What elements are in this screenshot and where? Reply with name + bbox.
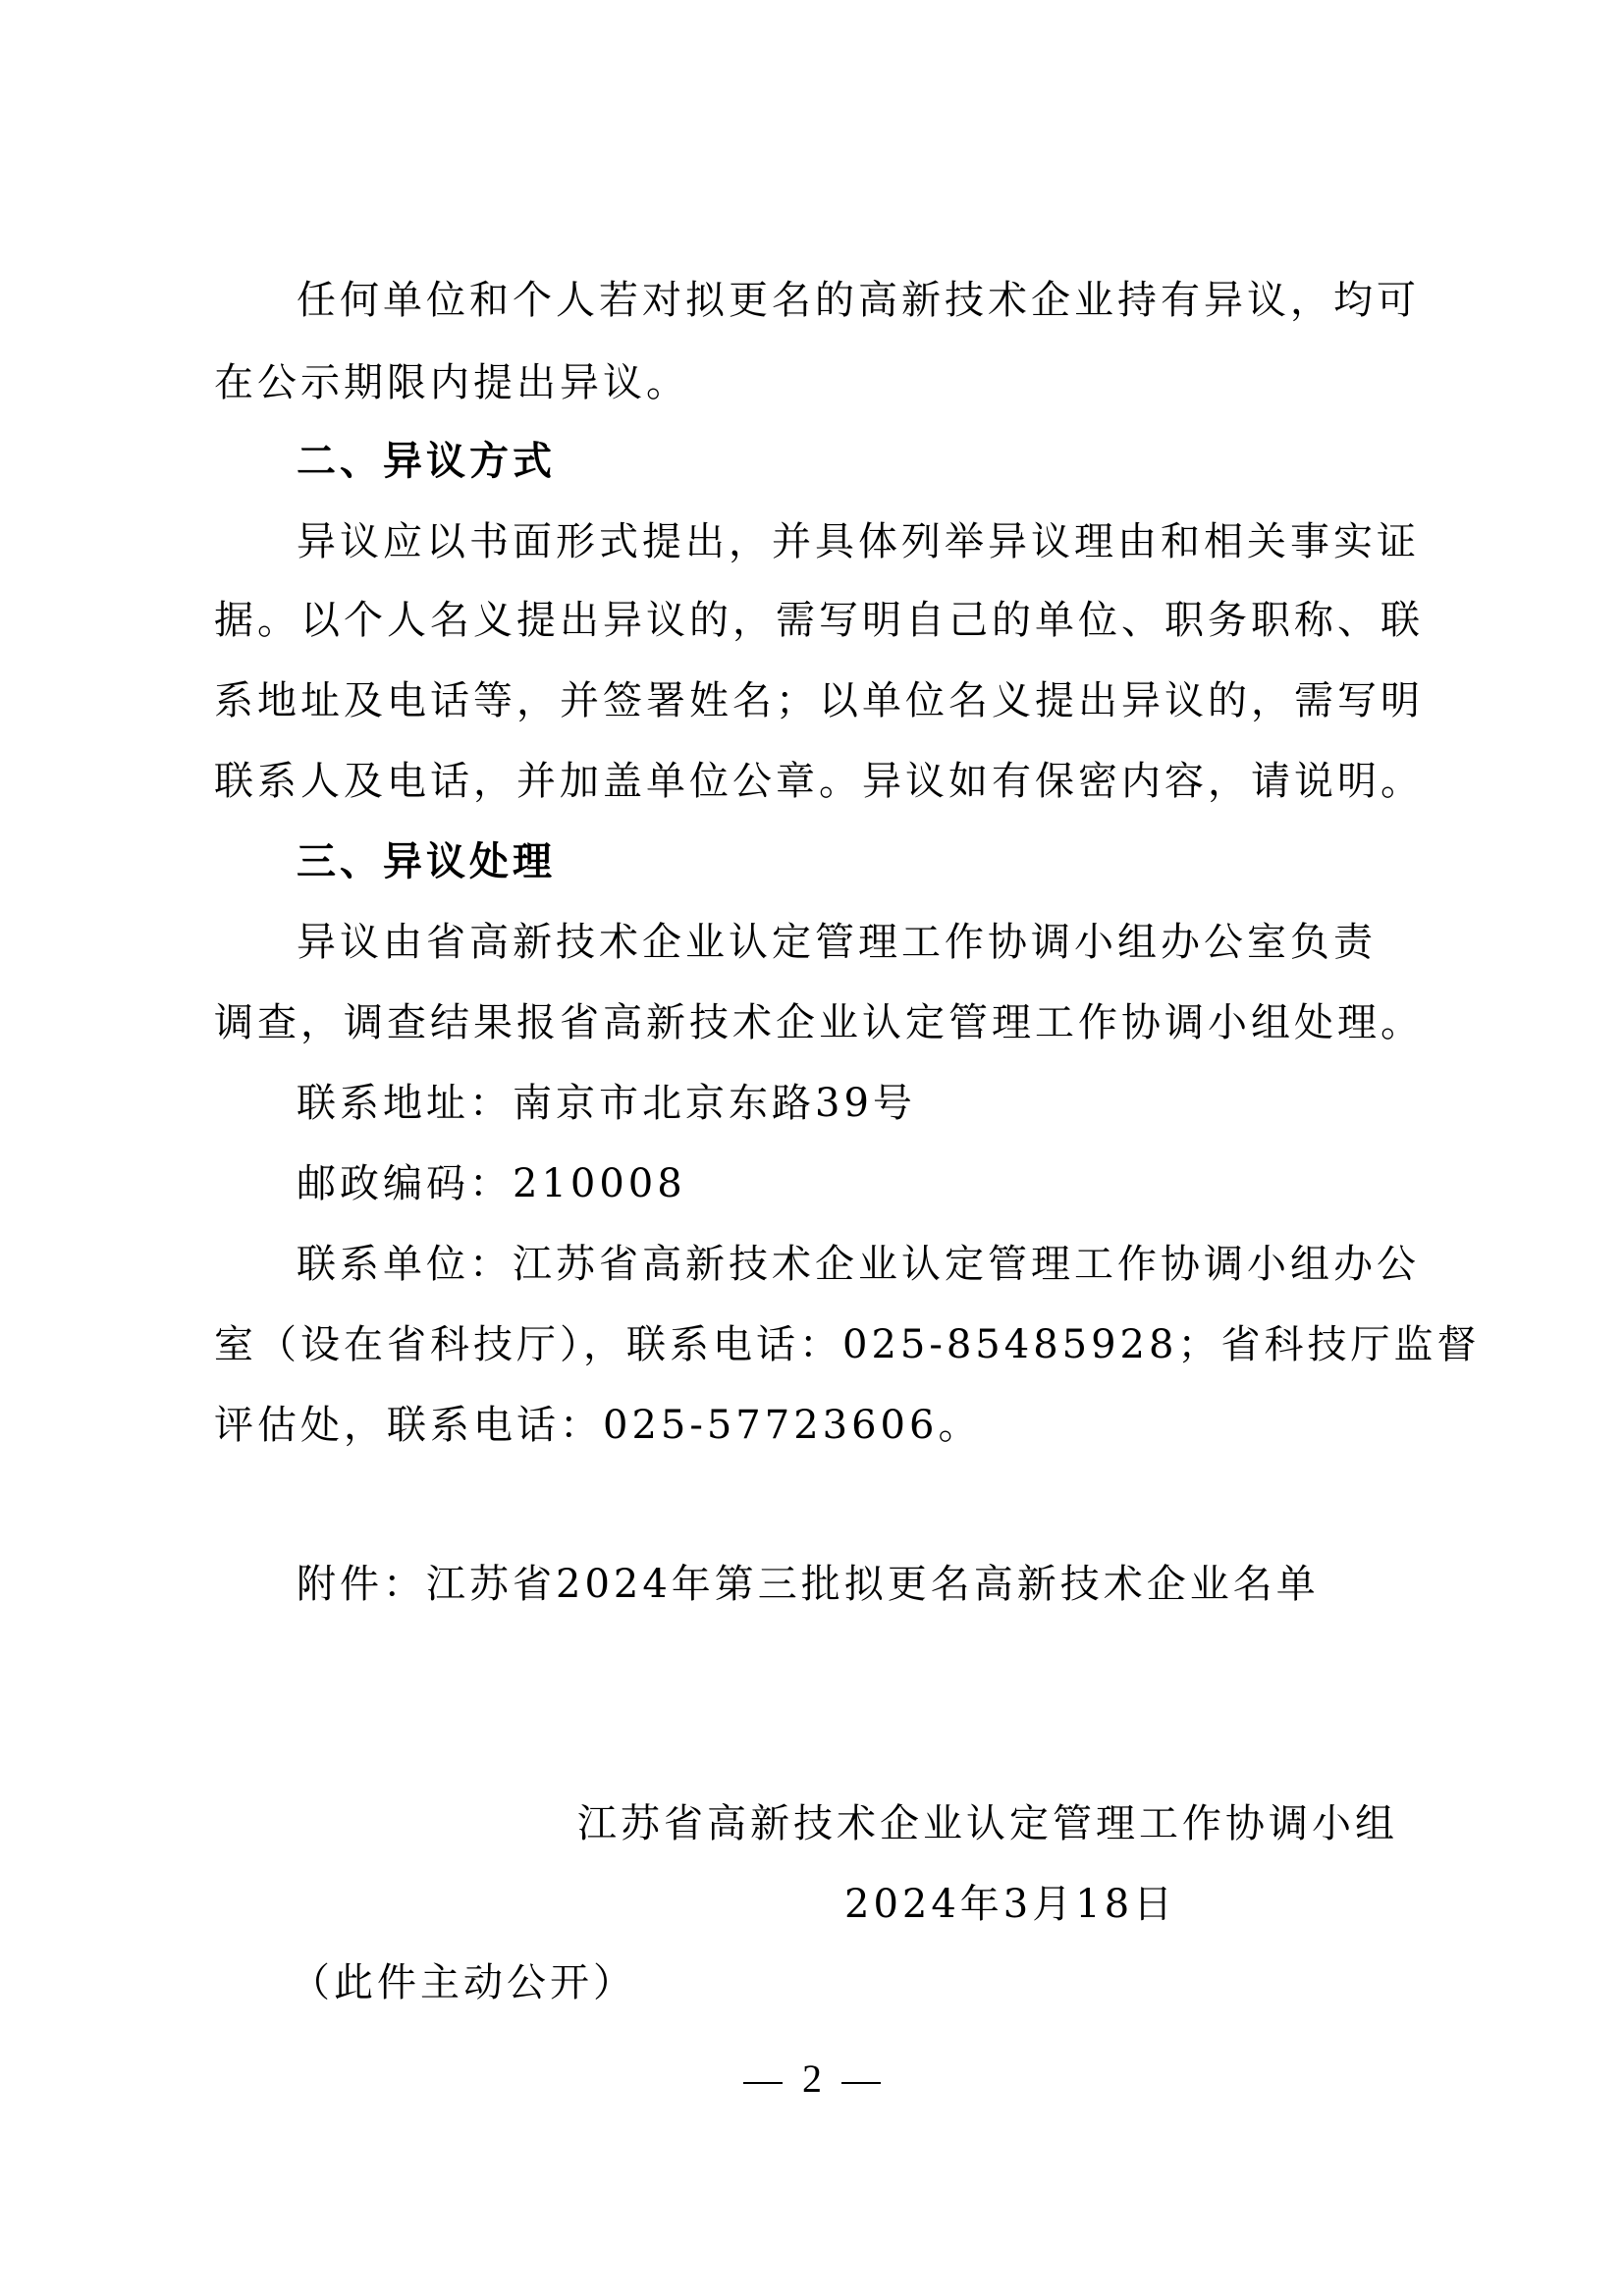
contact-unit-line-2: 室（设在省科技厅），联系电话：025-85485928；省科技厅监督 <box>214 1321 1422 1368</box>
issuer-name: 江苏省高新技术企业认定管理工作协调小组 <box>577 1800 1398 1847</box>
section3-line-2: 调查，调查结果报省高新技术企业认定管理工作协调小组处理。 <box>214 999 1422 1046</box>
page-number-footer: 2 <box>0 2056 1624 2103</box>
section2-line-1: 异议应以书面形式提出，并具体列举异议理由和相关事实证 <box>297 518 1422 565</box>
contact-unit-line-3: 评估处，联系电话：025-57723606。 <box>214 1402 1422 1449</box>
section-heading-objection-handling: 三、异议处理 <box>297 838 1422 885</box>
intro-line-1: 任何单位和个人若对拟更名的高新技术企业持有异议，均可 <box>297 277 1422 324</box>
disclosure-note: （此件主动公开） <box>291 1959 636 2006</box>
page-dash-right <box>841 2082 881 2084</box>
section2-line-3: 系地址及电话等，并签署姓名；以单位名义提出异议的，需写明 <box>214 677 1422 724</box>
section2-line-2: 据。以个人名义提出异议的，需写明自己的单位、职务职称、联 <box>214 597 1422 644</box>
attachment-note: 附件：江苏省2024年第三批拟更名高新技术企业名单 <box>297 1561 1422 1608</box>
contact-unit-line-1: 联系单位：江苏省高新技术企业认定管理工作协调小组办公 <box>297 1241 1422 1288</box>
issue-date: 2024年3月18日 <box>844 1881 1176 1928</box>
page-number: 2 <box>802 2056 822 2101</box>
intro-line-2: 在公示期限内提出异议。 <box>214 359 1422 406</box>
section-heading-objection-method: 二、异议方式 <box>297 438 1422 485</box>
contact-address: 联系地址：南京市北京东路39号 <box>297 1080 1422 1127</box>
document-page: 任何单位和个人若对拟更名的高新技术企业持有异议，均可 在公示期限内提出异议。 二… <box>0 0 1624 2296</box>
section3-line-1: 异议由省高新技术企业认定管理工作协调小组办公室负责 <box>297 919 1422 966</box>
section2-line-4: 联系人及电话，并加盖单位公章。异议如有保密内容，请说明。 <box>214 758 1422 805</box>
page-dash-left <box>743 2082 783 2084</box>
contact-postcode: 邮政编码：210008 <box>297 1160 1422 1207</box>
